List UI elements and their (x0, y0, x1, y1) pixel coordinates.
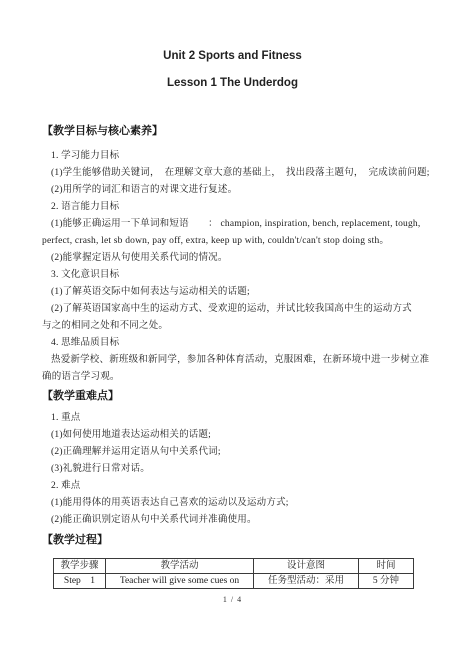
section-teaching-objectives-body: 1. 学习能力目标 (1)学生能够借助关键词， 在理解文章大意的基础上， 找出段… (42, 148, 423, 386)
section-header-teaching-process: 【教学过程】 (42, 532, 423, 549)
text-line: (1)能用得体的用英语表达自己喜欢的运动以及运动方式; (42, 495, 423, 512)
document-title-line1: Unit 2 Sports and Fitness (42, 49, 423, 63)
text-line: (2)能正确识别定语从句中关系代词并准确使用。 (42, 512, 423, 529)
column-header-teaching-step: 教学步骤 (54, 559, 106, 574)
cell-design-intent: 任务型活动：采用 (254, 574, 359, 589)
text-line: (2)用所学的词汇和语言的对课文进行复述。 (42, 182, 423, 199)
text-line: (1)学生能够借助关键词， 在理解文章大意的基础上， 找出段落主题句， 完成读前… (42, 165, 423, 182)
text-line: 与之的相同之处和不同之处。 (42, 318, 423, 335)
cell-step: Step 1 (54, 574, 106, 589)
teaching-process-table: 教学步骤 教学活动 设计意图 时间 Step 1 Teacher will gi… (53, 558, 414, 589)
section-header-key-difficult-points: 【教学重难点】 (42, 388, 423, 405)
document-page: Unit 2 Sports and Fitness Lesson 1 The U… (0, 0, 463, 655)
column-header-time: 时间 (359, 559, 414, 574)
column-header-teaching-activity: 教学活动 (106, 559, 254, 574)
column-header-design-intent: 设计意图 (254, 559, 359, 574)
cell-time: 5 分钟 (359, 574, 414, 589)
section-key-difficult-points-body: 1. 重点 (1)如何使用地道表达运动相关的话题; (2)正确理解并运用定语从句… (42, 410, 423, 529)
text-line: 确的语言学习观。 (42, 369, 423, 386)
page-number: 1 / 4 (42, 595, 423, 604)
text-line: perfect, crash, let sb down, pay off, ex… (42, 233, 423, 250)
text-line: (2)正确理解并运用定语从句中关系代词; (42, 444, 423, 461)
cell-activity: Teacher will give some cues on (106, 574, 254, 589)
text-line: 2. 难点 (42, 478, 423, 495)
text-line: 1. 重点 (42, 410, 423, 427)
text-line: (1)能够正确运用一下单词和短语 ： champion, inspiration… (42, 216, 423, 233)
text-line: 2. 语言能力目标 (42, 199, 423, 216)
text-line: (1)如何使用地道表达运动相关的话题; (42, 427, 423, 444)
table-header-row: 教学步骤 教学活动 设计意图 时间 (54, 559, 414, 574)
text-line: (3)礼貌进行日常对话。 (42, 461, 423, 478)
text-line: (2)能掌握定语从句使用关系代词的情况。 (42, 250, 423, 267)
text-line: (1)了解英语交际中如何表达与运动相关的话题; (42, 284, 423, 301)
text-line: 3. 文化意识目标 (42, 267, 423, 284)
section-header-teaching-objectives: 【教学目标与核心素养】 (42, 123, 423, 140)
text-line: (2)了解英语国家高中生的运动方式、受欢迎的运动，并试比较我国高中生的运动方式 (42, 301, 423, 318)
text-line: 热爱新学校、新班级和新同学，参加各种体育活动，克服困难，在新环境中进一步树立准 (42, 352, 423, 369)
document-title-line2: Lesson 1 The Underdog (42, 76, 423, 90)
text-line: 4. 思维品质目标 (42, 335, 423, 352)
text-line: 1. 学习能力目标 (42, 148, 423, 165)
table-row: Step 1 Teacher will give some cues on 任务… (54, 574, 414, 589)
